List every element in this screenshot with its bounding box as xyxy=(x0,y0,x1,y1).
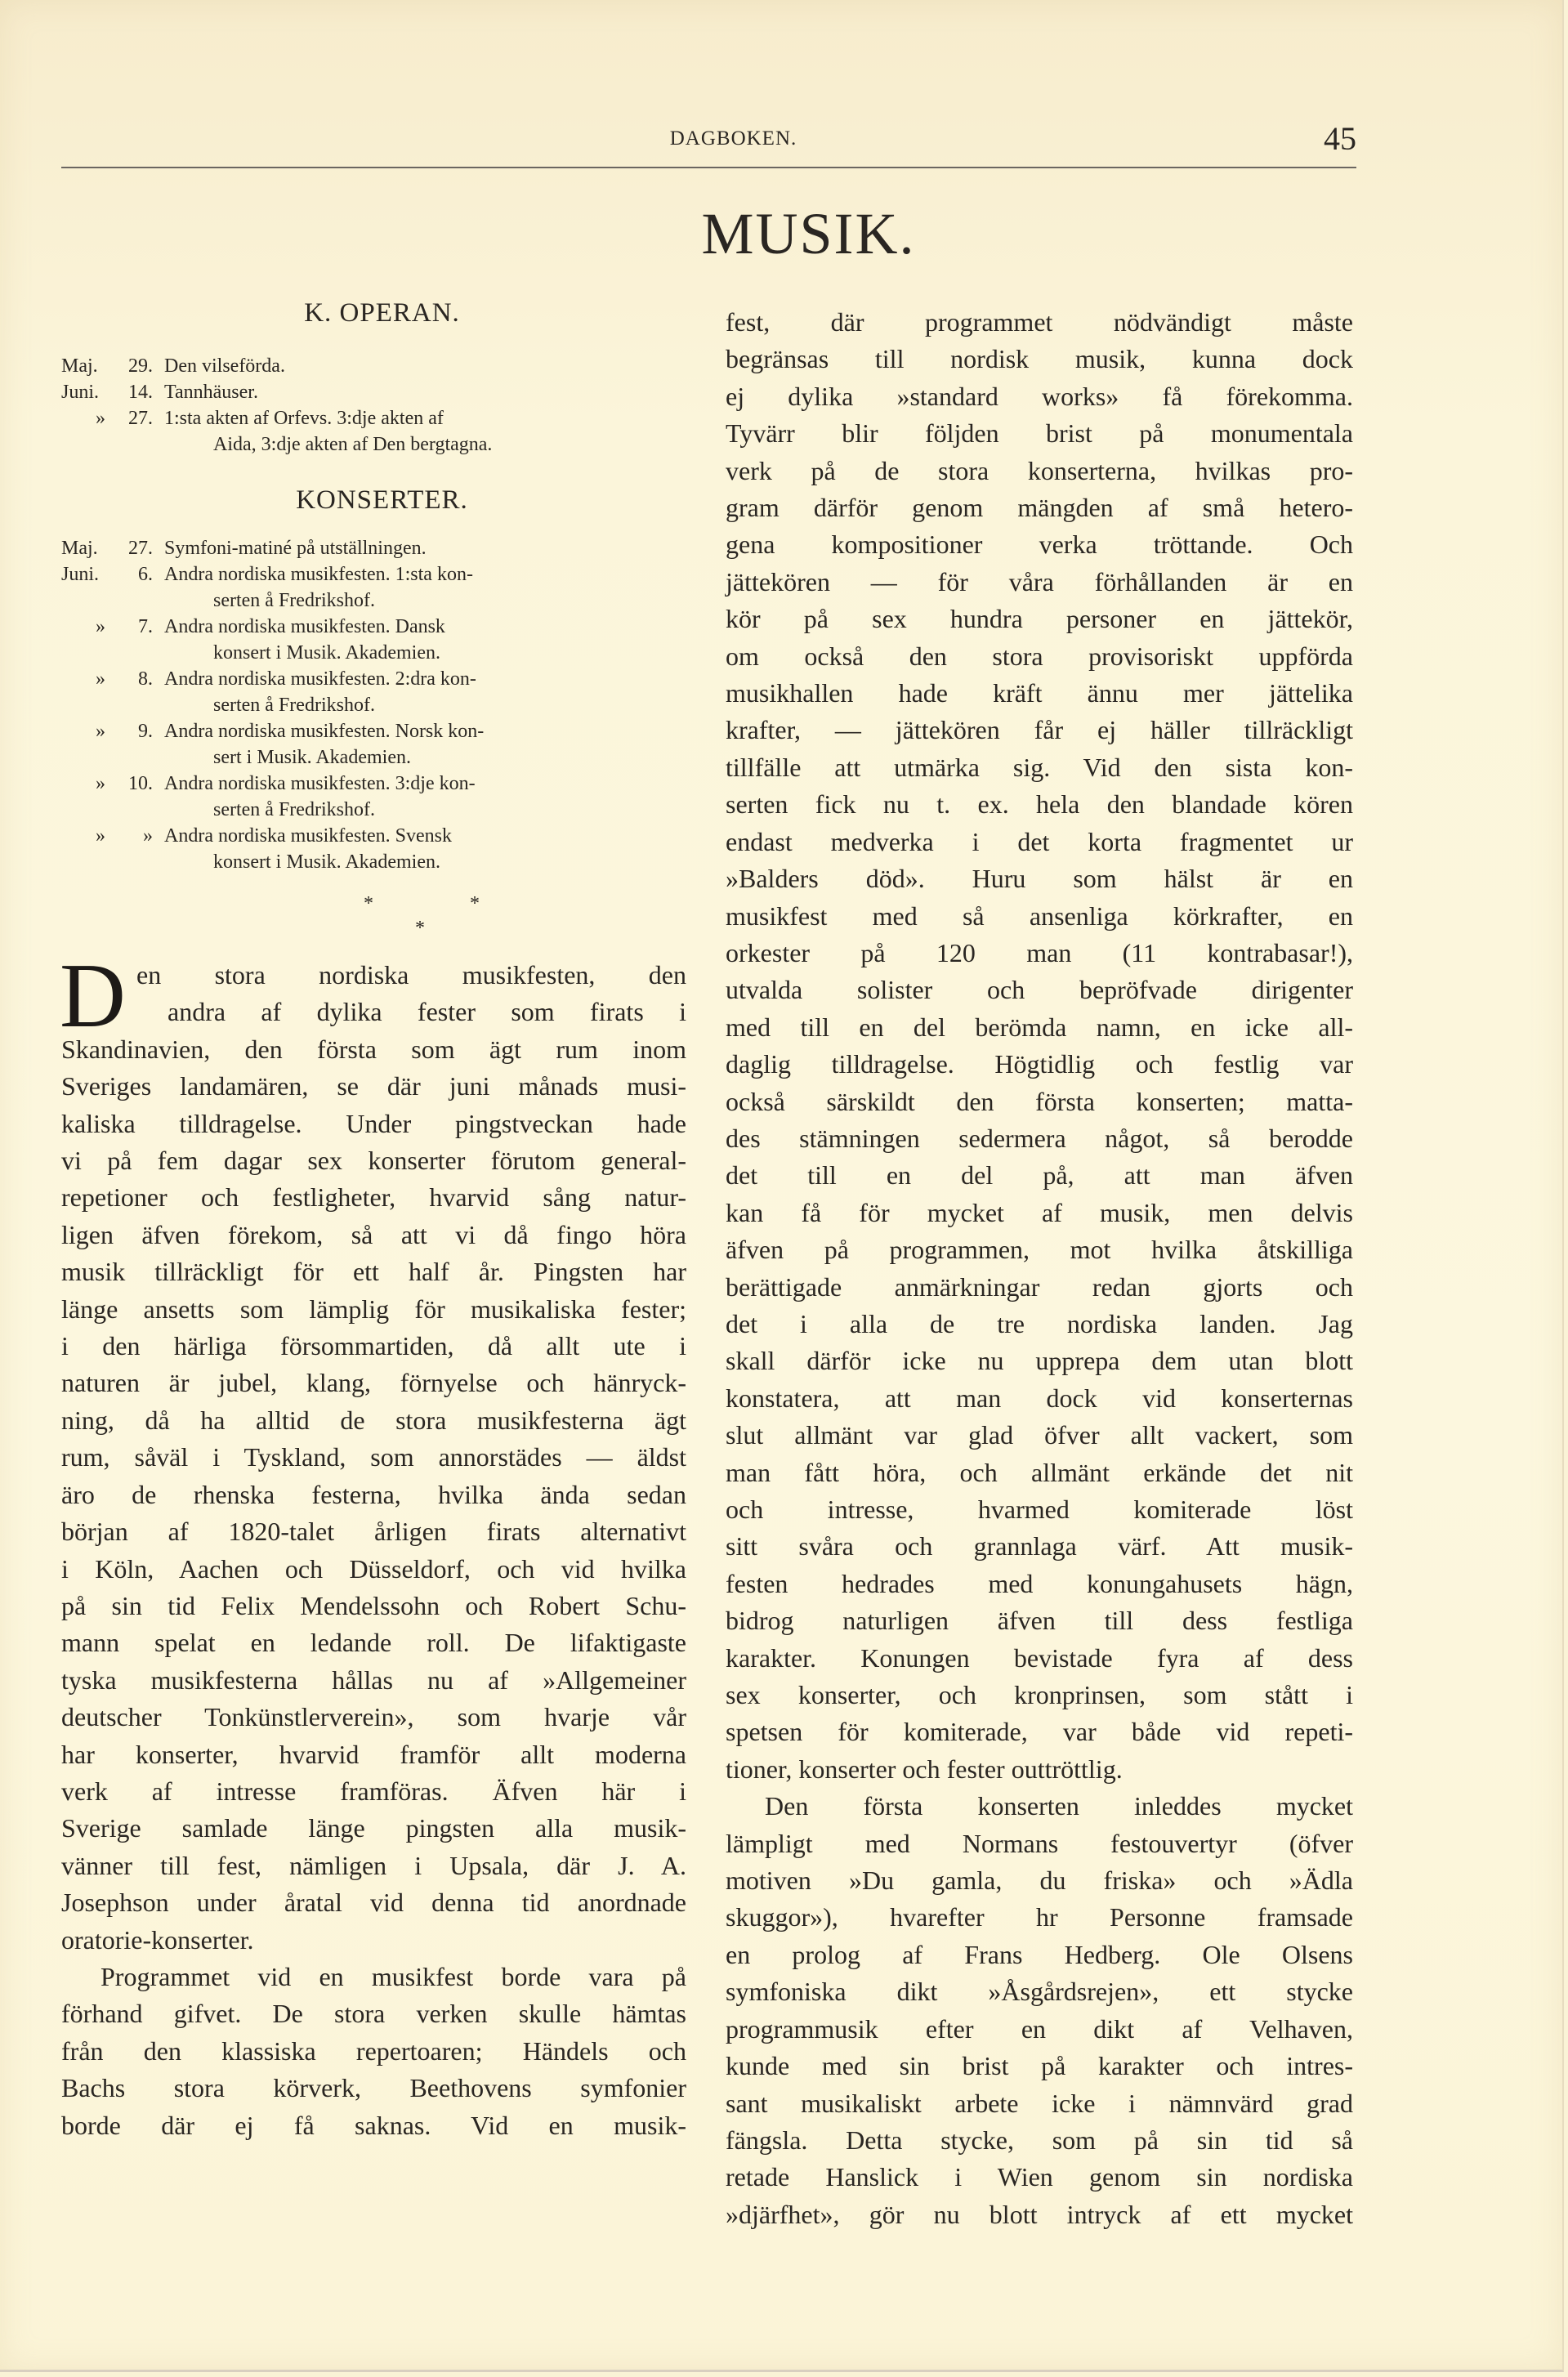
entry-text-continued: serten å Fredrikshof. xyxy=(164,797,686,823)
text-line: har konserter, hvarvid framför allt mode… xyxy=(61,1736,686,1773)
text-line: kan få för mycket af musik, men delvis xyxy=(726,1195,1353,1231)
entry-day: 6. xyxy=(117,561,164,614)
text-line: musikhallen hade kräft ännu mer jättelik… xyxy=(726,675,1353,712)
schedule-entry: » 9. Andra nordiska musikfesten. Norsk k… xyxy=(61,718,686,771)
text-line: begränsas till nordisk musik, kunna dock xyxy=(726,341,1353,378)
asterisk-icon: * xyxy=(415,918,425,940)
entry-text: 1:sta akten af Orfevs. 3:dje akten af xyxy=(164,408,444,429)
text-line: kör på sex hundra personer en jättekör, xyxy=(726,601,1353,637)
text-line: också särskildt den första konserten; ma… xyxy=(726,1084,1353,1120)
text-line: mann spelat en ledande roll. De lifaktig… xyxy=(61,1624,686,1661)
entry-text: Symfoni-matiné på utställningen. xyxy=(164,535,686,561)
schedule-entry: » 7. Andra nordiska musikfesten. Dansk k… xyxy=(61,614,686,666)
text-line: verk af intresse framföras. Äfven här i xyxy=(61,1773,686,1810)
schedule-entry: » 8. Andra nordiska musikfesten. 2:dra k… xyxy=(61,666,686,718)
text-line: tillfälle att utmärka sig. Vid den sista… xyxy=(726,749,1353,786)
article-text-right: fest, där programmet nödvändigt måste be… xyxy=(726,304,1353,2233)
schedule-entry: » 10. Andra nordiska musikfesten. 3:dje … xyxy=(61,771,686,823)
text-line: förhand gifvet. De stora verken skulle h… xyxy=(61,1995,686,2032)
text-line: i den härliga försommartiden, då allt ut… xyxy=(61,1328,686,1365)
text-line: motiven »Du gamla, du friska» och »Ädla xyxy=(726,1862,1353,1899)
text-line: man fått höra, och allmänt erkände det n… xyxy=(726,1454,1353,1491)
right-column: fest, där programmet nödvändigt måste be… xyxy=(726,304,1353,2233)
text-line: en prolog af Frans Hedberg. Ole Olsens xyxy=(726,1937,1353,1973)
text-line: skall därför icke nu upprepa dem utan bl… xyxy=(726,1343,1353,1379)
entry-text: Andra nordiska musikfesten. Svensk xyxy=(164,825,452,847)
text-line: ligen äfven förekom, så att vi då fingo … xyxy=(61,1217,686,1253)
text-line: sex konserter, och kronprinsen, som ståt… xyxy=(726,1677,1353,1713)
concerts-schedule: Maj. 27. Symfoni-matiné på utställningen… xyxy=(61,535,686,875)
left-column: K. OPERAN. Maj. 29. Den vilseförda. Juni… xyxy=(61,298,686,2144)
text-line: vi på fem dagar sex konserter förutom ge… xyxy=(61,1142,686,1179)
text-line: karakter. Konungen bevistade fyra af des… xyxy=(726,1640,1353,1677)
entry-text: Andra nordiska musikfesten. 1:sta kon- xyxy=(164,564,473,585)
text-line: orkester på 120 man (11 kontrabasar!), xyxy=(726,935,1353,972)
opera-schedule: Maj. 29. Den vilseförda. Juni. 14. Tannh… xyxy=(61,353,686,458)
text-line: skuggor»), hvarefter hr Personne framsad… xyxy=(726,1899,1353,1936)
entry-day-ditto: » xyxy=(117,823,164,875)
text-line: tyska musikfesterna hållas nu af »Allgem… xyxy=(61,1662,686,1699)
text-line: musikfest med så ansenliga körkrafter, e… xyxy=(726,898,1353,935)
entry-text-continued: serten å Fredrikshof. xyxy=(164,588,686,614)
schedule-entry: Maj. 27. Symfoni-matiné på utställningen… xyxy=(61,535,686,561)
entry-month-ditto: » xyxy=(61,823,117,875)
text-line: länge ansetts som lämplig för musikalisk… xyxy=(61,1291,686,1328)
entry-text: Andra nordiska musikfesten. Dansk xyxy=(164,616,445,637)
text-line: sitt svåra och grannlaga värf. Att musik… xyxy=(726,1528,1353,1565)
entry-month-ditto: » xyxy=(61,405,117,458)
text-line: och intresse, hvarmed komiterade löst xyxy=(726,1491,1353,1528)
text-line: Bachs stora körverk, Beethovens symfonie… xyxy=(61,2070,686,2107)
entry-text-continued: konsert i Musik. Akademien. xyxy=(164,849,686,875)
entry-month: Juni. xyxy=(61,561,117,614)
entry-month-ditto: » xyxy=(61,614,117,666)
text-line: rum, såväl i Tyskland, som annorstädes —… xyxy=(61,1439,686,1476)
text-line: Sverige samlade länge pingsten alla musi… xyxy=(61,1810,686,1847)
article-text-left: D en stora nordiska musikfesten, den and… xyxy=(61,957,686,2144)
page-number: 45 xyxy=(1324,119,1356,158)
running-title: DAGBOKEN. xyxy=(61,127,1356,150)
text-line: gena kompositioner verka tröttande. Och xyxy=(726,526,1353,563)
text-line: på sin tid Felix Mendelssohn och Robert … xyxy=(61,1588,686,1624)
text-line: konstatera, att man dock vid konserterna… xyxy=(726,1380,1353,1417)
text-line: jättekören — för våra förhållanden är en xyxy=(726,564,1353,601)
opera-heading: K. OPERAN. xyxy=(61,298,686,328)
entry-text-continued: serten å Fredrikshof. xyxy=(164,692,686,718)
text-line: oratorie-konserter. xyxy=(61,1922,686,1959)
text-line: Programmet vid en musikfest borde vara p… xyxy=(61,1959,686,1995)
text-line: deutscher Tonkünstlerverein», som hvarje… xyxy=(61,1699,686,1736)
text-line: bidrog naturligen äfven till dess festli… xyxy=(726,1602,1353,1639)
asterisk-icon: * xyxy=(364,893,373,915)
schedule-entry: Juni. 6. Andra nordiska musikfesten. 1:s… xyxy=(61,561,686,614)
entry-day: 27. xyxy=(117,405,164,458)
running-header: DAGBOKEN. 45 xyxy=(61,123,1356,168)
entry-day: 9. xyxy=(117,718,164,771)
text-line: festen hedrades med konungahusets hägn, xyxy=(726,1566,1353,1602)
entry-text-continued: konsert i Musik. Akademien. xyxy=(164,640,686,666)
entry-text: Andra nordiska musikfesten. 3:dje kon- xyxy=(164,773,476,794)
text-line: Josephson under åratal vid denna tid ano… xyxy=(61,1884,686,1921)
text-line: Tyvärr blir följden brist på monumentala xyxy=(726,415,1353,452)
text-line: andra af dylika fester som firats i xyxy=(61,994,686,1030)
entry-day: 27. xyxy=(117,535,164,561)
schedule-entry: Maj. 29. Den vilseförda. xyxy=(61,353,686,379)
text-line: musik tillräckligt för ett half år. Ping… xyxy=(61,1253,686,1290)
text-line: endast medverka i det korta fragmentet u… xyxy=(726,824,1353,860)
entry-month: Juni. xyxy=(61,379,117,405)
text-line: äfven på programmen, mot hvilka åtskilli… xyxy=(726,1231,1353,1268)
section-title: MUSIK. xyxy=(0,200,1568,268)
text-line: »djärfhet», gör nu blott intryck af ett … xyxy=(726,2196,1353,2233)
asterisk-icon: * xyxy=(470,893,480,915)
text-line: utvalda solister och bepröfvade dirigent… xyxy=(726,972,1353,1008)
text-line: Den första konserten inleddes mycket xyxy=(726,1788,1353,1825)
text-line: Skandinavien, den första som ägt rum ino… xyxy=(61,1031,686,1068)
text-line: fest, där programmet nödvändigt måste xyxy=(726,304,1353,341)
text-line: sant musikaliskt arbete icke i nämnvärd … xyxy=(726,2085,1353,2122)
schedule-entry: Juni. 14. Tannhäuser. xyxy=(61,379,686,405)
text-line: symfoniska dikt »Åsgårdsrejen», ett styc… xyxy=(726,1973,1353,2010)
text-line: tioner, konserter och fester outtröttlig… xyxy=(726,1751,1353,1788)
text-line: gram därför genom mängden af små hetero- xyxy=(726,489,1353,526)
text-line: ej dylika »standard works» få förekomma. xyxy=(726,378,1353,415)
text-line: fängsla. Detta stycke, som på sin tid så xyxy=(726,2122,1353,2159)
text-line: programmusik efter en dikt af Velhaven, xyxy=(726,2011,1353,2048)
book-page: DAGBOKEN. 45 MUSIK. K. OPERAN. Maj. 29. … xyxy=(0,0,1564,2372)
text-line: naturen är jubel, klang, förnyelse och h… xyxy=(61,1365,686,1401)
text-line: borde där ej få saknas. Vid en musik- xyxy=(61,2107,686,2144)
text-line: spetsen för komiterade, var både vid rep… xyxy=(726,1713,1353,1750)
entry-day: 14. xyxy=(117,379,164,405)
asterism-divider: * * * xyxy=(61,893,686,957)
text-line: ning, då ha alltid de stora musikfestern… xyxy=(61,1402,686,1439)
entry-month-ditto: » xyxy=(61,718,117,771)
drop-cap: D xyxy=(60,958,126,1034)
text-line: lämpligt med Normans festouvertyr (öfver xyxy=(726,1825,1353,1862)
schedule-entry: » 27. 1:sta akten af Orfevs. 3:dje akten… xyxy=(61,405,686,458)
entry-text: Den vilseförda. xyxy=(164,353,686,379)
text-line: vänner till fest, nämligen i Upsala, där… xyxy=(61,1848,686,1884)
text-line: berättigade anmärkningar redan gjorts oc… xyxy=(726,1269,1353,1306)
entry-text: Andra nordiska musikfesten. 2:dra kon- xyxy=(164,668,476,690)
text-line: en stora nordiska musikfesten, den xyxy=(61,957,686,994)
entry-text: Tannhäuser. xyxy=(164,379,686,405)
text-line: retade Hanslick i Wien genom sin nordisk… xyxy=(726,2159,1353,2196)
text-line: Sveriges landamären, se där juni månads … xyxy=(61,1068,686,1105)
schedule-entry: » » Andra nordiska musikfesten. Svensk k… xyxy=(61,823,686,875)
concerts-heading: KONSERTER. xyxy=(61,485,686,516)
text-line: verk på de stora konserterna, hvilkas pr… xyxy=(726,453,1353,489)
text-line: krafter, — jättekören får ej häller till… xyxy=(726,712,1353,748)
text-line: »Balders död». Huru som hälst är en xyxy=(726,860,1353,897)
text-line: kaliska tilldragelse. Under pingstveckan… xyxy=(61,1106,686,1142)
entry-text: Andra nordiska musikfesten. Norsk kon- xyxy=(164,721,484,742)
text-line: i Köln, Aachen och Düsseldorf, och vid h… xyxy=(61,1551,686,1588)
entry-month-ditto: » xyxy=(61,666,117,718)
text-line: daglig tilldragelse. Högtidlig och festl… xyxy=(726,1046,1353,1083)
text-line: kunde med sin brist på karakter och intr… xyxy=(726,2048,1353,2084)
text-line: des stämningen sedermera något, så berod… xyxy=(726,1120,1353,1157)
text-line: äro de rhenska festerna, hvilka ända sed… xyxy=(61,1477,686,1513)
entry-month: Maj. xyxy=(61,535,117,561)
entry-month: Maj. xyxy=(61,353,117,379)
entry-text-continued: sert i Musik. Akademien. xyxy=(164,744,686,771)
text-line: från den klassiska repertoaren; Händels … xyxy=(61,2033,686,2070)
entry-day: 7. xyxy=(117,614,164,666)
text-line: det till en del på, att man äfven xyxy=(726,1157,1353,1194)
text-line: om också den stora provisoriskt uppförda xyxy=(726,638,1353,675)
text-line: repetioner och festligheter, hvarvid sån… xyxy=(61,1179,686,1216)
entry-day: 8. xyxy=(117,666,164,718)
text-line: serten fick nu t. ex. hela den blandade … xyxy=(726,786,1353,823)
text-line: med till en del berömda namn, en icke al… xyxy=(726,1009,1353,1046)
header-rule xyxy=(61,167,1356,168)
entry-day: 29. xyxy=(117,353,164,379)
entry-text-continued: Aida, 3:dje akten af Den bergtagna. xyxy=(164,431,686,458)
text-line: början af 1820-talet årligen firats alte… xyxy=(61,1513,686,1550)
text-line: det i alla de tre nordiska landen. Jag xyxy=(726,1306,1353,1343)
text-line: slut allmänt var glad öfver allt vackert… xyxy=(726,1417,1353,1454)
entry-month-ditto: » xyxy=(61,771,117,823)
entry-day: 10. xyxy=(117,771,164,823)
